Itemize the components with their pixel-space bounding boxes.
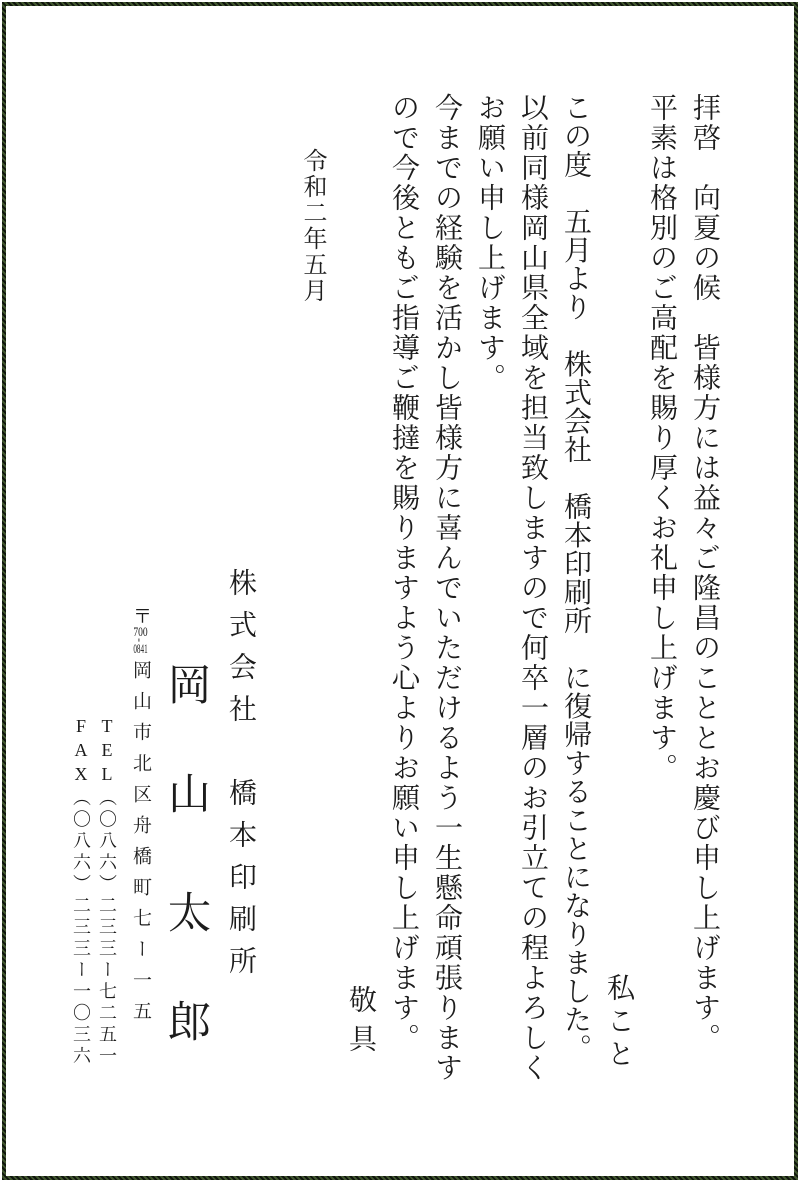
body-column-watakushi-koto: 私こと: [597, 973, 639, 1072]
tel-label: TEL: [97, 716, 117, 788]
signature-name-family: 岡山: [163, 662, 207, 880]
tel-column: TEL（〇八六）二三三ー七二五一: [96, 716, 118, 1068]
address-text: 岡山市北区舟橋町七ー一五: [130, 655, 151, 1032]
fax-column: FAX（〇八六）二三三ー一〇三六: [70, 716, 92, 1068]
signature-name-given: 太郎: [163, 890, 207, 1108]
body-column-territory: 以前同様岡山県全域を担当致しますので何卒一層のお引立ての程よろしく: [511, 93, 553, 1083]
body-column-greeting: 平素は格別のご高配を賜り厚くお礼申し上げます。: [640, 93, 682, 783]
letter-sheet: 拝啓 向夏の候 皆様方には益々ご隆昌のこととお慶び申し上げます。 平素は格別のご…: [0, 0, 800, 1182]
postal-address-column: 〒700-0841岡山市北区舟橋町七ー一五: [127, 606, 153, 1032]
body-column-guidance: ので今後ともご指導ご鞭撻を賜りますよう心よりお願い申し上げます。: [382, 93, 424, 1053]
body-column-opening: 拝啓 向夏の候 皆様方には益々ご隆昌のこととお慶び申し上げます。: [683, 93, 725, 1053]
closing-keigu: 敬具: [339, 985, 381, 1063]
body-column-effort: 今までの経験を活かし皆様方に喜んでいただけるよう一生懸命頑張ります: [425, 93, 467, 1083]
postal-code-lower: 0841: [133, 642, 148, 655]
letter-date: 令和二年五月: [297, 148, 327, 304]
fax-label: FAX: [71, 716, 91, 788]
body-column-announcement: この度 五月より 株式会社 橋本印刷所 に復帰することになりました。: [554, 93, 596, 1062]
body-column-request: お願い申し上げます。: [468, 93, 510, 393]
fax-number: （〇八六）二三三ー一〇三六: [71, 788, 91, 1068]
signature-company: 株式会社 橋本印刷所: [219, 568, 261, 988]
signature-name: 岡山太郎: [163, 662, 207, 1108]
tel-number: （〇八六）二三三ー七二五一: [97, 788, 117, 1068]
postal-mark: 〒: [130, 606, 151, 625]
postal-code-upper: 700: [133, 625, 148, 638]
